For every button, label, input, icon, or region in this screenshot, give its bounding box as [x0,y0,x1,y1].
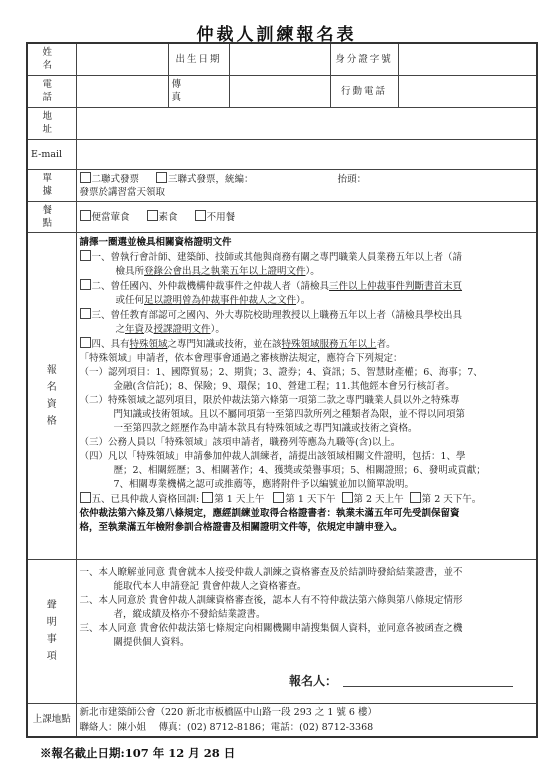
invoice-header-label: 抬頭： [338,174,367,185]
meal-meat-label: 便當葷食 [92,212,130,223]
row-email: E-mail [27,139,537,169]
mobile-field[interactable] [398,75,537,107]
retrain-day2-am-checkbox[interactable] [342,492,353,503]
meal-meat-checkbox[interactable] [80,210,91,221]
qualification-label: 報 名 資 格 [27,232,76,559]
row-meal: 餐 點 便當葷食 素食 不用餐 [27,201,537,232]
declaration-label: 聲 明 事 項 [27,559,76,703]
row-name: 姓 名 出生日期 身分證字號 [27,43,537,75]
mobile-label: 行動電話 [330,75,398,107]
row-declaration: 聲 明 事 項 一、本人瞭解並同意 貴會就本人接受仲裁人訓練之資格審查及於結訓時… [27,559,537,703]
special-field-intro: 「特殊領域」申請者，依本會理事會通過之審核辦法規定，應符合下列規定： [80,352,534,366]
venue-content: 新北市建築師公會（220 新北市板橋區中山路一段 293 之 1 號 6 樓） … [76,703,537,737]
qualification-item-4: 四、具有特殊領域之專門知識或技術，並在該特殊領域服務五年以上者。 「特殊領域」申… [80,337,534,492]
row-receipt: 單 據 二聯式發票 三聯式發票，統編： 抬頭： 發票於講習當天領取 [27,169,537,201]
venue-address: 新北市建築師公會（220 新北市板橋區中山路一段 293 之 1 號 6 樓） [80,705,534,720]
receipt-three-part-label: 三聯式發票，統編： [168,174,254,185]
name-label: 姓 名 [27,43,76,75]
qualification-1-checkbox[interactable] [80,250,91,261]
email-field[interactable] [76,139,537,169]
signer-label: 報名人： [289,674,337,688]
row-phone: 電 話 傳 真 行動電話 [27,75,537,107]
qualification-4-checkbox[interactable] [80,337,91,348]
birth-date-field[interactable] [229,43,330,75]
birth-date-label: 出生日期 [168,43,229,75]
special-rule-4: （四）凡以「特殊領域」申請參加仲裁人訓練者，請提出該領域相關文件證明，包括：1、… [80,450,534,492]
meal-none-checkbox[interactable] [195,210,206,221]
signer-signature-field[interactable] [343,686,513,687]
qualification-heading: 請擇一圈選並檢具相關資格證明文件 [80,236,534,250]
qualification-5-checkbox[interactable] [80,492,91,503]
retrain-day1-pm-checkbox[interactable] [273,492,284,503]
retrain-day2-pm-checkbox[interactable] [410,492,421,503]
receipt-options: 二聯式發票 三聯式發票，統編： 抬頭： 發票於講習當天領取 [76,169,537,201]
retrain-day1-am-checkbox[interactable] [202,492,213,503]
declaration-3: 三、本人同意 貴會依仲裁法第七條規定向相關機關申請搜集個人資料，並同意各被函查之… [80,622,534,650]
signer-row: 報名人： [80,674,534,688]
name-field[interactable] [76,43,168,75]
qualification-item-2: 二、曾任國內、外仲裁機構仲裁事件之仲裁人者（請檢具三件以上仲裁事件判斷書首末頁 … [80,279,534,308]
id-number-label: 身分證字號 [330,43,398,75]
receipt-two-part-label: 二聯式發票 [92,174,140,185]
receipt-three-part-checkbox[interactable] [156,172,167,183]
phone-field[interactable] [76,75,168,107]
qualification-3-checkbox[interactable] [80,308,91,319]
phone-label: 電 話 [27,75,76,107]
fax-label: 傳 真 [168,75,229,107]
special-rule-3: （三）公務人員以「特殊領域」該項申請者，職務列等應為九職等(含)以上。 [80,436,534,450]
meal-options: 便當葷食 素食 不用餐 [76,201,537,232]
row-address: 地 址 [27,107,537,139]
meal-vegetarian-label: 素食 [159,212,178,223]
qualification-item-3: 三、曾任教育部認可之國內、外大專院校助理教授以上職務五年以上者（請檢具學校出具 … [80,308,534,337]
address-field[interactable] [76,107,537,139]
receipt-two-part-checkbox[interactable] [80,172,91,183]
meal-vegetarian-checkbox[interactable] [147,210,158,221]
address-label: 地 址 [27,107,76,139]
special-rule-1: （一）認列項目：1、國際貿易；2、期貨；3、證券；4、資訊；5、智慧財產權；6、… [80,366,534,394]
venue-label: 上課地點 [27,703,76,737]
meal-label: 餐 點 [27,201,76,232]
registration-form-table: 姓 名 出生日期 身分證字號 電 話 傳 真 行動電話 地 址 E-mail 單… [26,42,538,738]
row-qualification: 報 名 資 格 請擇一圈選並檢具相關資格證明文件 一、曾執行會計師、建築師、技師… [27,232,537,559]
row-venue: 上課地點 新北市建築師公會（220 新北市板橋區中山路一段 293 之 1 號 … [27,703,537,737]
qualification-item-5: 五、已具仲裁人資格回訓: 第 1 天上午 第 1 天下午 第 2 天上午 第 2… [80,492,534,507]
declaration-1: 一、本人瞭解並同意 貴會就本人接受仲裁人訓練之資格審查及於結訓時發給結業證書，並… [80,566,534,594]
special-rule-2: （二）特殊領域之認列項目，限於仲裁法第六條第一項第二款之專門職業人員以外之特殊專… [80,394,534,436]
declaration-content: 一、本人瞭解並同意 貴會就本人接受仲裁人訓練之資格審查及於結訓時發給結業證書，並… [76,559,537,703]
declaration-2: 二、本人同意於 貴會仲裁人訓練資格審查後，認本人有不符仲裁法第六條與第八條規定情… [80,594,534,622]
receipt-note: 發票於講習當天領取 [80,186,534,199]
fax-field[interactable] [229,75,330,107]
qualification-content: 請擇一圈選並檢具相關資格證明文件 一、曾執行會計師、建築師、技師或其他與商務有關… [76,232,537,559]
email-label: E-mail [27,139,76,169]
meal-none-label: 不用餐 [207,212,236,223]
registration-deadline: ※報名截止日期:107 年 12 月 28 日 [40,745,235,761]
receipt-label: 單 據 [27,169,76,201]
qualification-2-checkbox[interactable] [80,279,91,290]
qualification-item-1: 一、曾執行會計師、建築師、技師或其他與商務有關之專門職業人員業務五年以上者（請 … [80,250,534,279]
legal-notice: 依仲裁法第六條及第八條規定，應經訓練並取得合格證書者：執業未滿五年可先受訓保留資… [80,507,534,535]
id-number-field[interactable] [398,43,537,75]
venue-contact: 聯絡人：陳小姐 傳真：(02) 8712-8186；電話：(02) 8712-3… [80,720,534,735]
